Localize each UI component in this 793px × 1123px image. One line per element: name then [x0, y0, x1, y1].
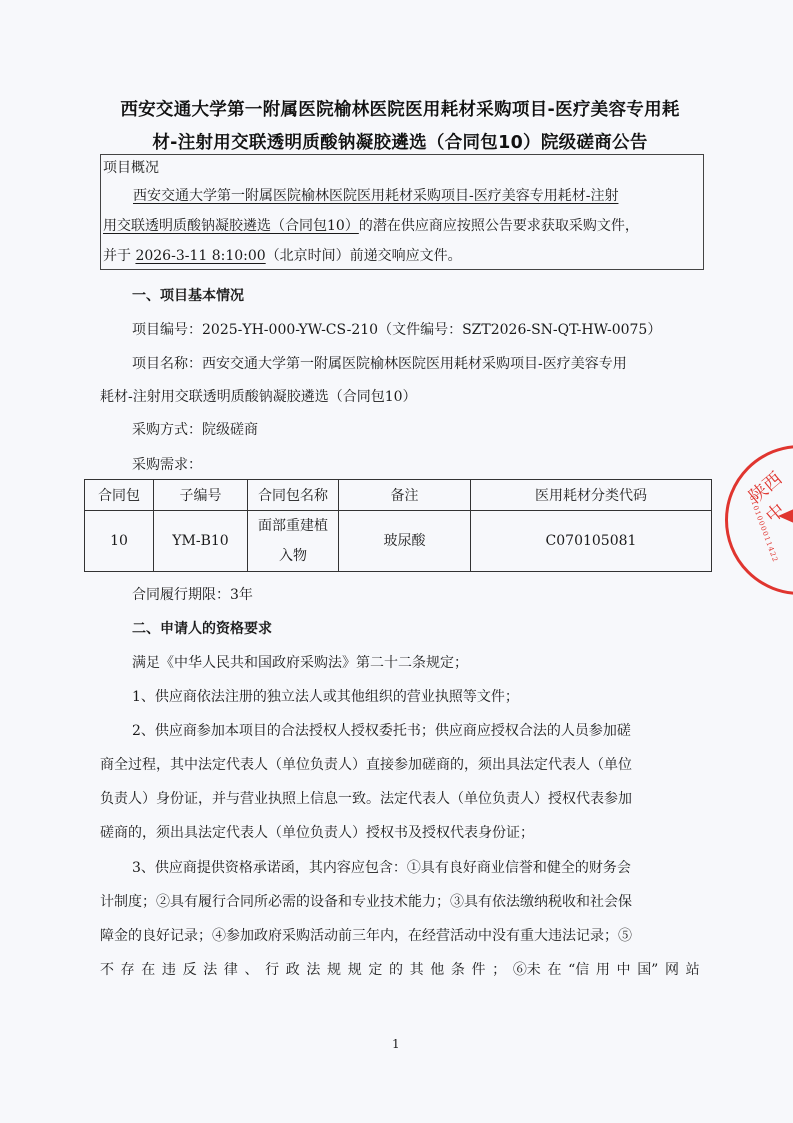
overview-project-name-part2: 用交联透明质酸钠凝胶遴选（合同包10）	[103, 218, 359, 234]
project-number: 项目编号：2025-YH-000-YW-CS-210（文件编号：SZT2026-…	[132, 319, 661, 339]
qualification-item-3-line3: 障金的良好记录；④参加政府采购活动前三年内，在经营活动中没有重大违法记录；⑤	[100, 925, 632, 945]
char: 不	[100, 959, 114, 979]
cell-package: 10	[85, 511, 154, 572]
char: 律	[224, 959, 238, 979]
package-name-line1: 面部重建植	[248, 511, 338, 541]
char: 用	[596, 959, 610, 979]
char: 条	[451, 959, 465, 979]
char: 定	[368, 959, 382, 979]
qualification-item-3-line4: 不 存 在 违 反 法 律 、 行 政 法 规 规 定 的 其 他 条 件 ； …	[100, 959, 700, 979]
requirements-table: 合同包 子编号 合同包名称 备注 医用耗材分类代码 10 YM-B10 面部重建…	[84, 479, 712, 572]
project-name-line2: 耗材-注射用交联透明质酸钠凝胶遴选（合同包10）	[100, 386, 417, 406]
char: ⑥未	[513, 959, 541, 979]
char: 件	[472, 959, 486, 979]
project-name-line1: 项目名称：西安交通大学第一附属医院榆林医院医用耗材采购项目-医疗美容专用	[132, 353, 627, 373]
package-name-line2: 入物	[248, 541, 338, 571]
col-header: 合同包	[85, 480, 154, 511]
char: 存	[121, 959, 135, 979]
cell-category-code: C070105081	[471, 511, 712, 572]
document-page: 西安交通大学第一附属医院榆林医院医用耗材采购项目-医疗美容专用耗 材-注射用交联…	[0, 0, 793, 1123]
char: 反	[183, 959, 197, 979]
qualification-item-2-line2: 商全过程，其中法定代表人（单位负责人）直接参加磋商的，须出具法定代表人（单位	[100, 754, 632, 774]
overview-deadline-text: （北京时间）前递交响应文件。	[266, 248, 462, 264]
char: 他	[430, 959, 444, 979]
procurement-method: 采购方式：院级磋商	[132, 419, 258, 439]
char: 法	[306, 959, 320, 979]
qualification-item-2-line4: 磋商的，须出具法定代表人（单位负责人）授权书及授权代表身份证；	[100, 822, 534, 842]
qualification-item-1: 1、供应商依法注册的独立法人或其他组织的营业执照等文件；	[132, 686, 519, 706]
col-header: 子编号	[154, 480, 248, 511]
col-header: 备注	[339, 480, 471, 511]
col-header: 医用耗材分类代码	[471, 480, 712, 511]
procurement-demand-label: 采购需求：	[132, 454, 202, 474]
col-header: 合同包名称	[248, 480, 339, 511]
overview-line-3: 并于 2026-3-11 8:10:00（北京时间）前递交响应文件。	[103, 245, 462, 265]
cell-remark: 玻尿酸	[339, 511, 471, 572]
project-overview-box: 项目概况 西安交通大学第一附属医院榆林医院医用耗材采购项目-医疗美容专用耗材-注…	[100, 154, 704, 270]
qualification-intro: 满足《中华人民共和国政府采购法》第二十二条规定；	[132, 652, 468, 672]
overview-project-name-part1: 西安交通大学第一附属医院榆林医院医用耗材采购项目-医疗美容专用耗材-注射	[133, 188, 618, 204]
cell-package-name: 面部重建植 入物	[248, 511, 339, 572]
char: 在	[547, 959, 561, 979]
overview-text: 的潜在供应商应按照公告要求获取采购文件，	[359, 218, 639, 234]
char: 其	[410, 959, 424, 979]
overview-line-2: 用交联透明质酸钠凝胶遴选（合同包10）的潜在供应商应按照公告要求获取采购文件，	[103, 215, 639, 235]
table-header-row: 合同包 子编号 合同包名称 备注 医用耗材分类代码	[85, 480, 712, 511]
overview-prefix: 并于	[103, 248, 131, 264]
char: 、	[244, 959, 258, 979]
char: 法	[203, 959, 217, 979]
qualification-item-2-line3: 负责人）身份证，并与营业执照上信息一致。法定代表人（单位负责人）授权代表参加	[100, 788, 632, 808]
char: 规	[348, 959, 362, 979]
contract-period: 合同履行期限：3年	[132, 584, 253, 604]
qualification-item-3-line1: 3、供应商提供资格承诺函，其内容应包含：①具有良好商业信誉和健全的财务会	[132, 857, 631, 877]
document-title-line1: 西安交通大学第一附属医院榆林医院医用耗材采购项目-医疗美容专用耗	[95, 96, 705, 121]
table-row: 10 YM-B10 面部重建植 入物 玻尿酸 C070105081	[85, 511, 712, 572]
char: 违	[162, 959, 176, 979]
deadline-datetime: 2026-3-11 8:10:00	[135, 248, 265, 264]
char: 站	[686, 959, 700, 979]
section2-heading: 二、申请人的资格要求	[132, 618, 272, 638]
char: 网	[665, 959, 679, 979]
char: “信	[568, 959, 589, 979]
section1-heading: 一、项目基本情况	[132, 285, 244, 305]
char: 在	[141, 959, 155, 979]
char: 行	[265, 959, 279, 979]
char: 政	[286, 959, 300, 979]
qualification-item-2-line1: 2、供应商参加本项目的合法授权人授权委托书；供应商应授权合法的人员参加磋	[132, 720, 631, 740]
page-number: 1	[392, 1037, 400, 1051]
cell-sub-number: YM-B10	[154, 511, 248, 572]
overview-line-1: 西安交通大学第一附属医院榆林医院医用耗材采购项目-医疗美容专用耗材-注射	[133, 185, 618, 205]
char: ；	[492, 959, 506, 979]
char: 的	[389, 959, 403, 979]
document-title-line2: 材-注射用交联透明质酸钠凝胶遴选（合同包10）院级磋商公告	[95, 129, 705, 154]
char: 规	[327, 959, 341, 979]
qualification-item-3-line2: 计制度；②具有履行合同所必需的设备和专业技术能力；③具有依法缴纳税收和社会保	[100, 891, 632, 911]
overview-label: 项目概况	[103, 157, 159, 177]
char: 国”	[637, 959, 658, 979]
seal-star-icon	[778, 508, 793, 524]
char: 中	[617, 959, 631, 979]
